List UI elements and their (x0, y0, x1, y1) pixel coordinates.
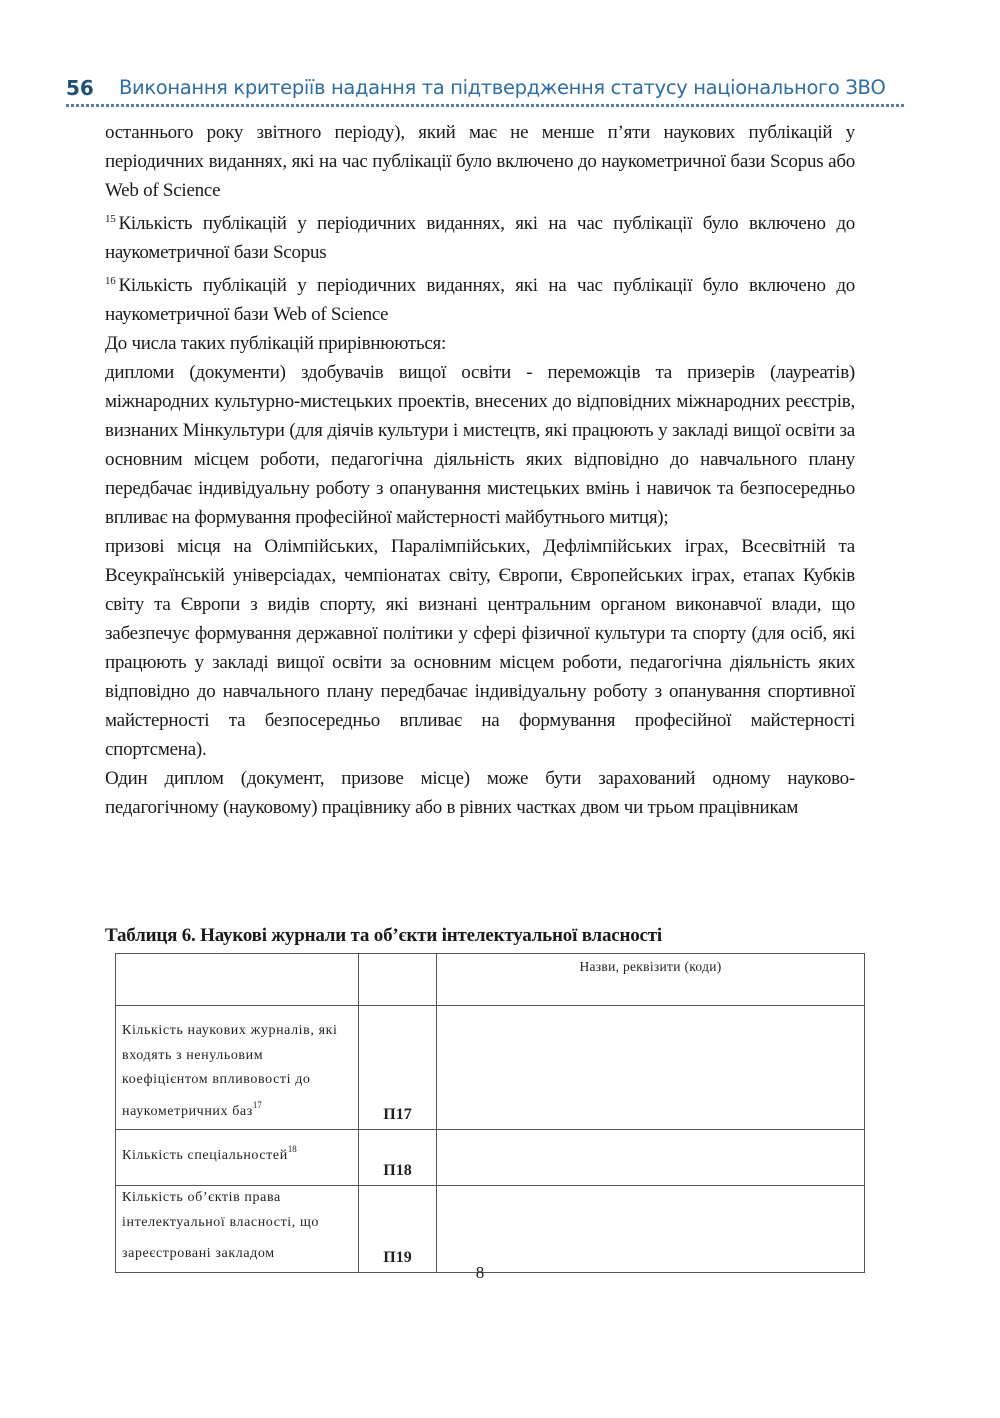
footnote-15-text: Кількість публікацій у періодичних видан… (105, 213, 855, 263)
footnote-15-mark: 15 (105, 213, 116, 225)
table-title: Таблиця 6. Наукові журнали та об’єкти ін… (105, 925, 662, 947)
header-page-number: 56 (66, 76, 94, 100)
table-header-cell (359, 954, 437, 1006)
paragraph-4: призові місця на Олімпійських, Паралімпі… (105, 532, 855, 764)
table-6: Назви, реквізити (коди) Кількість науков… (115, 953, 865, 1273)
body-text: останнього року звітного періоду), який … (105, 118, 855, 822)
row-value (437, 1006, 865, 1130)
paragraph-5: Один диплом (документ, призове місце) мо… (105, 764, 855, 822)
row-value (437, 1186, 865, 1273)
footnote-15: 15Кількість публікацій у періодичних вид… (105, 205, 855, 267)
header-title: Виконання критеріїв надання та підтвердж… (119, 76, 886, 99)
table-row: Кількість спеціальностей18 П18 (116, 1130, 865, 1186)
row-code: П18 (359, 1130, 437, 1186)
row-code: П17 (359, 1006, 437, 1130)
paragraph-3: дипломи (документи) здобувачів вищої осв… (105, 358, 855, 532)
footnote-16: 16Кількість публікацій у періодичних вид… (105, 267, 855, 329)
row-label: Кількість об’єктів права інтелектуальної… (116, 1186, 359, 1273)
table-header-names: Назви, реквізити (коди) (437, 954, 865, 1006)
footnote-16-text: Кількість публікацій у періодичних видан… (105, 275, 855, 325)
footnote-16-mark: 16 (105, 275, 116, 287)
header-dotted-rule (66, 104, 906, 107)
row-code: П19 (359, 1186, 437, 1273)
footnote-mark: 18 (288, 1144, 297, 1154)
row-label: Кількість наукових журналів, які входять… (116, 1006, 359, 1130)
table-header-row: Назви, реквізити (коди) (116, 954, 865, 1006)
page-number: 8 (0, 1263, 960, 1283)
running-header: 56 Виконання критеріїв надання та підтве… (66, 74, 906, 106)
table-row: Кількість наукових журналів, які входять… (116, 1006, 865, 1130)
table-header-cell (116, 954, 359, 1006)
row-value (437, 1130, 865, 1186)
table-row: Кількість об’єктів права інтелектуальної… (116, 1186, 865, 1273)
row-label: Кількість спеціальностей18 (116, 1130, 359, 1186)
paragraph-2: До числа таких публікацій прирівнюються: (105, 329, 855, 358)
paragraph-1: останнього року звітного періоду), який … (105, 118, 855, 205)
footnote-mark: 17 (253, 1100, 262, 1110)
